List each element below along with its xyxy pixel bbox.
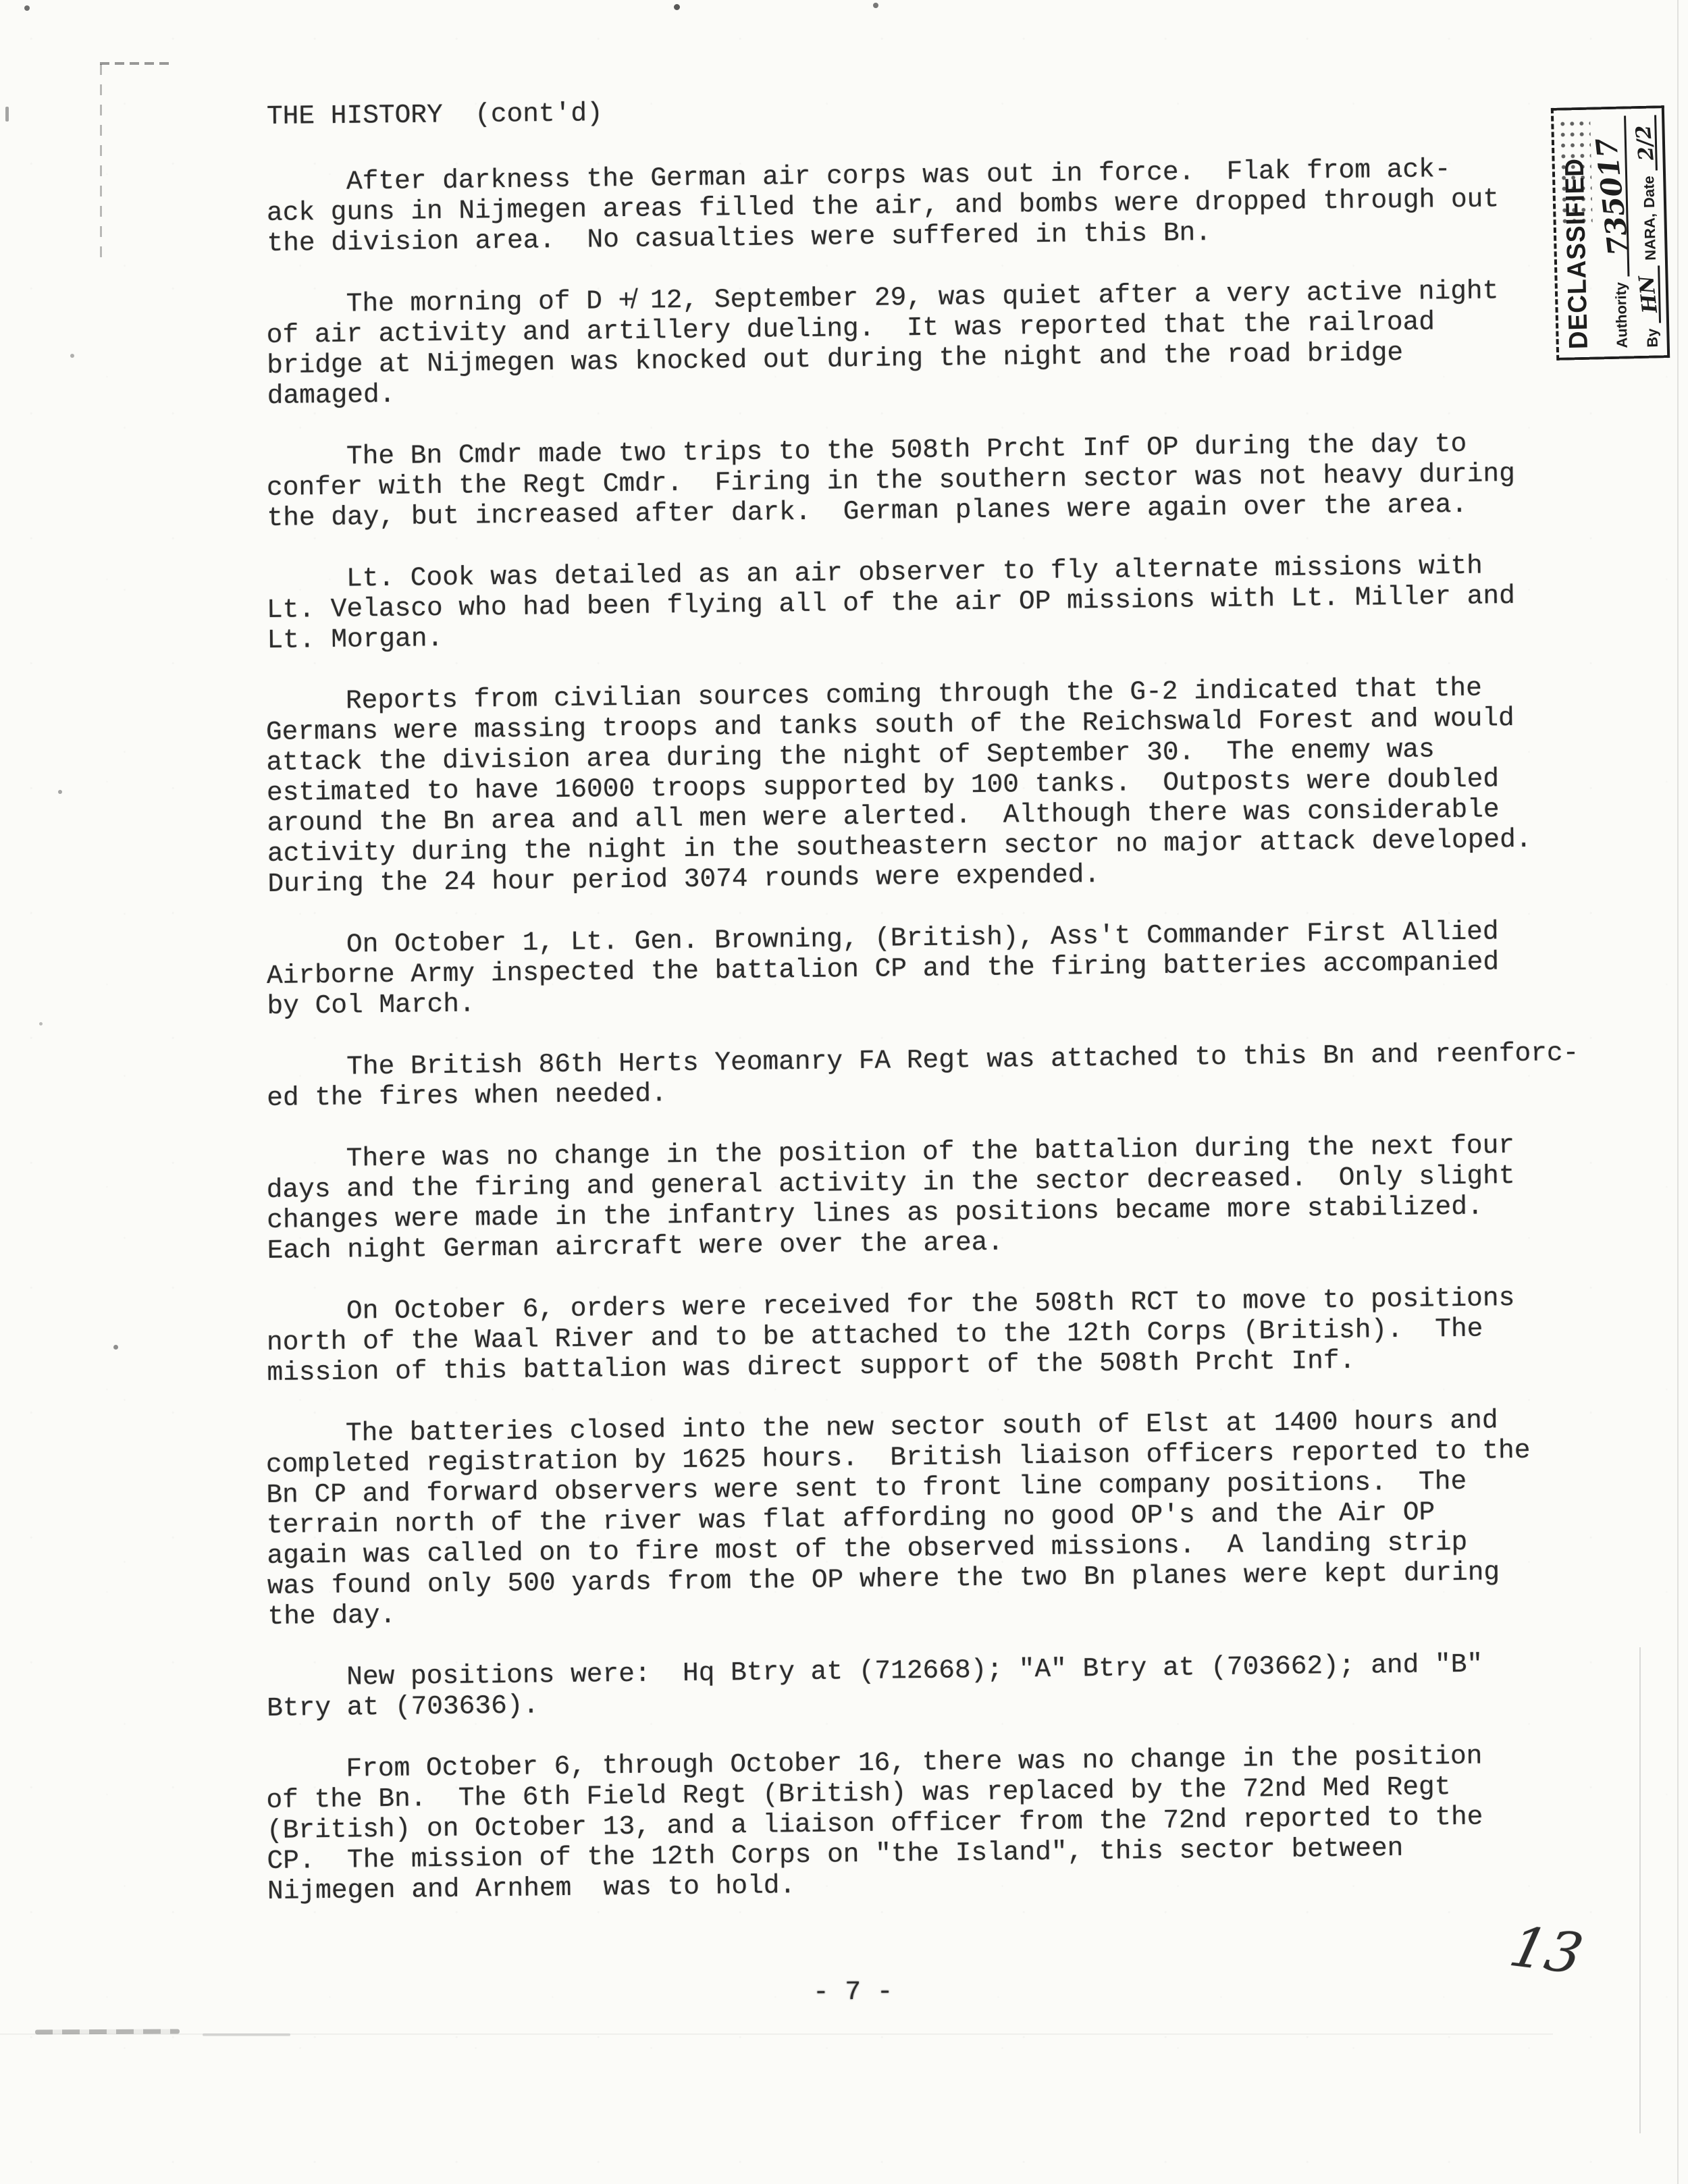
stamp-agency-label: NARA, bbox=[1641, 208, 1660, 266]
stamp-by-label: By bbox=[1643, 323, 1662, 348]
scan-smudge bbox=[0, 2033, 1553, 2035]
scan-edge-line bbox=[1677, 0, 1679, 2184]
scan-speck bbox=[24, 5, 30, 11]
stamp-by-date-row: By HN NARA, Date 2/2 bbox=[1636, 115, 1662, 348]
stamp-date-underline: 2/2 bbox=[1636, 115, 1658, 170]
scan-speck bbox=[674, 4, 680, 10]
scan-artifact bbox=[100, 64, 102, 261]
declassified-stamp: DECLASSIFIED Authority 735017 By HN NARA… bbox=[1551, 105, 1670, 361]
paragraph: On October 1, Lt. Gen. Browning, (Britis… bbox=[266, 915, 1617, 1021]
paragraph: From October 6, through October 16, ther… bbox=[266, 1739, 1618, 1907]
stamp-by-value: HN bbox=[1638, 275, 1660, 314]
stamp-authority-label: Authority bbox=[1612, 277, 1631, 348]
paragraph: Lt. Cook was detailed as an air observer… bbox=[266, 549, 1617, 656]
scan-speck bbox=[873, 3, 878, 8]
handwritten-page-note: 13 bbox=[1504, 1915, 1589, 1987]
page-title: THE HISTORY (cont'd) bbox=[267, 98, 603, 132]
scan-speck bbox=[113, 1345, 118, 1350]
paragraph: There was no change in the position of t… bbox=[266, 1129, 1618, 1266]
stamp-authority-row: Authority 735017 bbox=[1599, 115, 1631, 348]
paragraph: After darkness the German air corps was … bbox=[266, 152, 1617, 259]
scan-speck bbox=[5, 107, 9, 122]
scanned-document-page: THE HISTORY (cont'd) After darkness the … bbox=[0, 0, 1688, 2184]
paragraph: Reports from civilian sources coming thr… bbox=[265, 671, 1618, 899]
paragraph: The British 86th Herts Yeomanry FA Regt … bbox=[266, 1037, 1617, 1113]
declassified-stamp-box: DECLASSIFIED Authority 735017 By HN NARA… bbox=[1551, 105, 1670, 361]
paragraphs: After darkness the German air corps was … bbox=[267, 167, 1617, 1907]
stamp-authority-underline: 735017 bbox=[1599, 115, 1629, 277]
scan-speck bbox=[58, 790, 62, 794]
scan-artifact bbox=[100, 62, 173, 65]
paragraph: The morning of D +̸ 12, September 29, wa… bbox=[266, 274, 1618, 411]
stamp-authority-value: 735017 bbox=[1594, 136, 1631, 257]
paragraph: On October 6, orders were received for t… bbox=[266, 1281, 1617, 1388]
scan-smudge bbox=[35, 2029, 180, 2034]
stamp-date-value: 2/2 bbox=[1635, 124, 1656, 161]
stamp-date-label: Date bbox=[1640, 170, 1658, 208]
page-number: - 7 - bbox=[813, 1977, 893, 2008]
stamp-by-underline: HN bbox=[1639, 265, 1661, 323]
paragraph: The batteries closed into the new sector… bbox=[265, 1404, 1618, 1632]
scan-speck bbox=[39, 1022, 43, 1026]
paragraph: New positions were: Hq Btry at (712668);… bbox=[266, 1647, 1617, 1724]
stamp-declassified-text: DECLASSIFIED bbox=[1559, 128, 1593, 350]
scan-edge-line bbox=[1639, 1647, 1641, 2133]
paragraph: The Bn Cmdr made two trips to the 508th … bbox=[266, 427, 1617, 533]
scan-speck bbox=[70, 354, 74, 358]
scan-smudge bbox=[203, 2033, 290, 2036]
